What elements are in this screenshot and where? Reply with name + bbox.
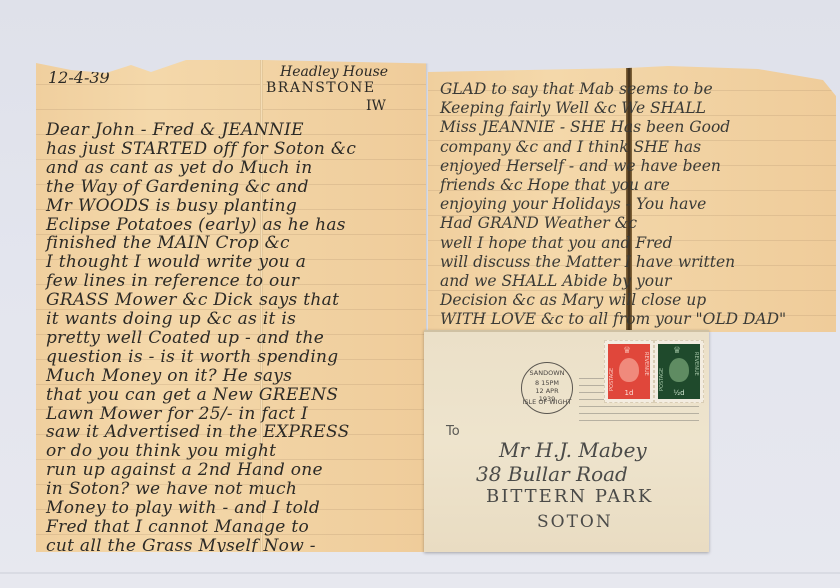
handwritten-line: question is - is it worth spending xyxy=(46,347,338,367)
handwritten-line: has just STARTED off for Soton &c xyxy=(46,139,356,159)
handwritten-line: or do you think you might xyxy=(46,441,276,461)
recipient-town: SOTON xyxy=(537,512,613,532)
table-surface-seam xyxy=(0,572,840,574)
handwritten-line: WITH LOVE &c to all from your "OLD DAD" xyxy=(440,310,786,328)
king-portrait-icon xyxy=(619,358,639,382)
stamp-green: POSTAGE ♛ REVENUE ½d xyxy=(654,340,704,403)
handwritten-line: enjoying your Holidays - You have xyxy=(440,195,706,213)
sender-address-line: IW xyxy=(366,98,386,114)
stamp-text: POSTAGE xyxy=(609,352,615,391)
king-portrait-icon xyxy=(669,358,689,382)
handwritten-line: Lawn Mower for 25/- in fact I xyxy=(46,404,308,424)
handwritten-line: Fred that I cannot Manage to xyxy=(46,517,309,537)
postmark-time: 8 15PM xyxy=(522,379,572,387)
handwritten-line: Miss JEANNIE - SHE Has been Good xyxy=(440,118,730,136)
crown-icon: ♛ xyxy=(673,347,681,356)
postmark-town: SANDOWN xyxy=(522,369,572,377)
stamp-value: ½d xyxy=(658,389,700,397)
recipient-area: BITTERN PARK xyxy=(486,486,653,507)
handwritten-line: and we SHALL Abide by your xyxy=(440,272,671,290)
stamp-value: 1d xyxy=(608,389,650,397)
handwritten-line: it wants doing up &c as it is xyxy=(46,309,296,329)
handwritten-line: the Way of Gardening &c and xyxy=(46,177,309,197)
handwritten-line: and as cant as yet do Much in xyxy=(46,158,312,178)
handwritten-line: Keeping fairly Well &c We SHALL xyxy=(440,99,706,117)
handwritten-line: pretty well Coated up - and the xyxy=(46,328,324,348)
letter-page-2: GLAD to say that Mab seems to beKeeping … xyxy=(428,66,836,332)
handwritten-line: company &c and I think SHE has xyxy=(440,138,701,156)
stamp-text: POSTAGE xyxy=(659,352,665,391)
letter-date: 12-4-39 xyxy=(48,68,110,87)
handwritten-line: that you can get a New GREENS xyxy=(46,385,338,405)
handwritten-line: cut all the Grass Myself Now - xyxy=(46,536,316,556)
handwritten-line: I thought I would write you a xyxy=(46,252,306,272)
sender-address-line: Headley House xyxy=(280,64,388,80)
handwritten-line: Eclipse Potatoes (early) as he has xyxy=(46,215,346,235)
handwritten-line: Had GRAND Weather &c xyxy=(440,214,637,232)
handwritten-line: enjoyed Herself - and we have been xyxy=(440,157,721,175)
postmark-date: 12 APR xyxy=(522,387,572,395)
recipient-name: Mr H.J. Mabey xyxy=(499,438,647,462)
postmark-region: ISLE OF WIGHT xyxy=(522,398,572,406)
sender-address-line: BRANSTONE xyxy=(266,80,376,96)
handwritten-line: few lines in reference to our xyxy=(46,271,299,291)
handwritten-line: run up against a 2nd Hand one xyxy=(46,460,323,480)
envelope: SANDOWN 8 15PM 12 APR 1939 ISLE OF WIGHT… xyxy=(424,330,709,552)
to-label: To xyxy=(446,424,460,439)
crown-icon: ♛ xyxy=(623,347,631,356)
handwritten-line: Much Money on it? He says xyxy=(46,366,292,386)
recipient-street: 38 Bullar Road xyxy=(476,462,628,486)
handwritten-line: will discuss the Matter I have written xyxy=(440,253,735,271)
stamp-text: REVENUE xyxy=(693,352,699,391)
handwritten-line: GLAD to say that Mab seems to be xyxy=(440,80,713,98)
handwritten-line: Mr WOODS is busy planting xyxy=(46,196,297,216)
handwritten-line: friends &c Hope that you are xyxy=(440,176,670,194)
postmark: SANDOWN 8 15PM 12 APR 1939 ISLE OF WIGHT xyxy=(521,362,573,414)
handwritten-line: in Soton? we have not much xyxy=(46,479,297,499)
stamp-text: REVENUE xyxy=(643,352,649,391)
handwritten-line: well I hope that you and Fred xyxy=(440,234,673,252)
handwritten-line: finished the MAIN Crop &c xyxy=(46,233,290,253)
handwritten-line: Money to play with - and I told xyxy=(46,498,320,518)
handwritten-line: GRASS Mower &c Dick says that xyxy=(46,290,339,310)
handwritten-line: saw it Advertised in the EXPRESS xyxy=(46,422,350,442)
handwritten-line: Dear John - Fred & JEANNIE xyxy=(46,120,304,140)
stamp-red: POSTAGE ♛ REVENUE 1d xyxy=(604,340,654,403)
handwritten-line: Decision &c as Mary will close up xyxy=(440,291,706,309)
letter-page-1: 12-4-39 Headley House BRANSTONE IW Dear … xyxy=(36,60,426,552)
